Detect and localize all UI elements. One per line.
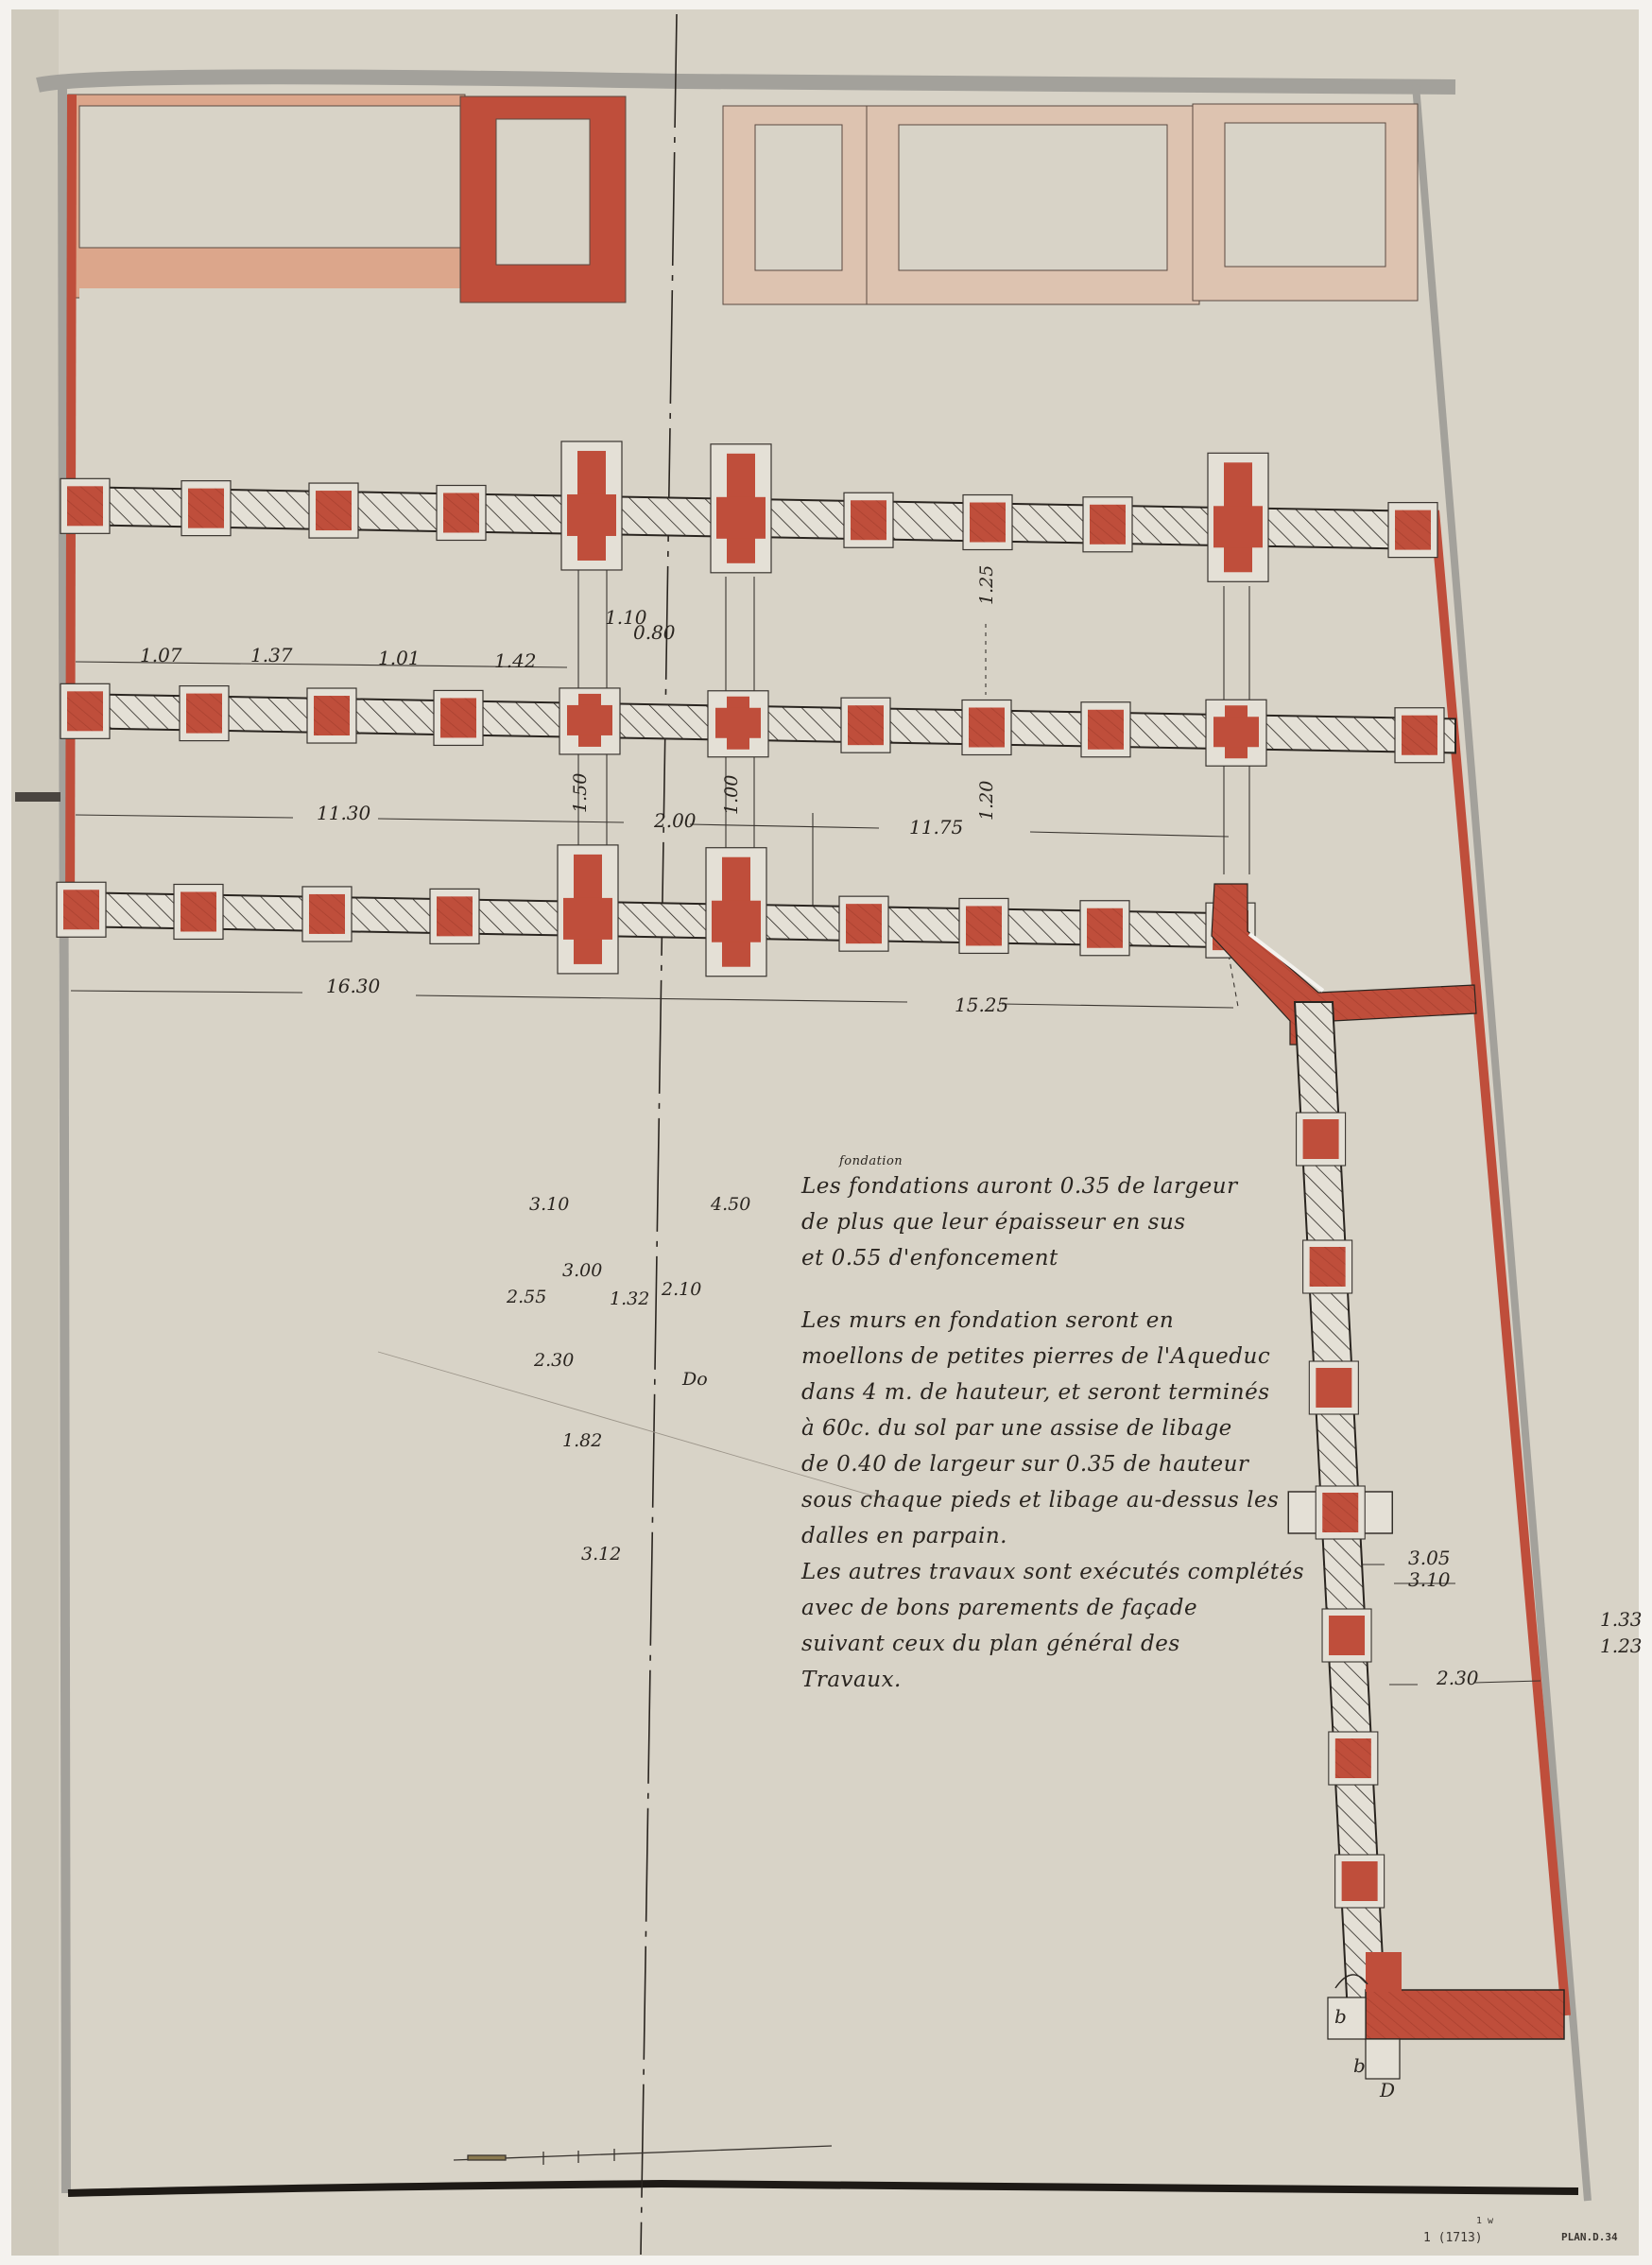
pier-square <box>959 898 1008 953</box>
letter-b: b <box>1334 2005 1347 2028</box>
note-line: et 0.55 d'enfoncement <box>801 1240 1246 1276</box>
room-top-right-3 <box>1193 104 1418 301</box>
note-line: à 60c. du sol par une assise de libage <box>801 1410 1246 1446</box>
pier-small-cross <box>1206 700 1266 766</box>
ann-d: 3.00 <box>562 1260 602 1281</box>
dim-mid-2: 11.75 <box>909 816 963 839</box>
pier-cross <box>561 441 622 570</box>
note-line: Les murs en fondation seront en <box>801 1303 1246 1339</box>
ann-h: Do <box>681 1369 708 1390</box>
dim-span-bottom-right: 15.25 <box>955 994 1008 1016</box>
corridor-pier <box>1335 1855 1385 1908</box>
dim-corridor-2: 3.10 <box>1408 1568 1451 1591</box>
dim-row2-c: 1.01 <box>378 647 421 669</box>
pier-square <box>1081 702 1130 757</box>
pier-square <box>841 698 890 752</box>
pier-square <box>1080 901 1129 956</box>
archive-stamp: PLAN.D.34 <box>1561 2231 1618 2243</box>
bottom-return-wall <box>1366 1990 1564 2039</box>
ann-f: 2.10 <box>661 1279 701 1300</box>
corridor-pier <box>1309 1361 1358 1414</box>
room-top-red <box>460 96 626 303</box>
pier-square <box>307 688 356 743</box>
note-line: dans 4 m. de hauteur, et seront terminés <box>801 1375 1246 1410</box>
handwritten-notes: fondation Les fondations auront 0.35 de … <box>801 1155 1246 1698</box>
pier-square <box>430 889 479 943</box>
note-line: Les autres travaux sont exécutés complét… <box>801 1554 1246 1590</box>
notes-block-2: Les murs en fondation seront enmoellons … <box>801 1303 1246 1698</box>
vlabel-4: 1.20 <box>976 781 997 821</box>
note-line: dalles en parpain. <box>801 1518 1246 1554</box>
corridor-pier <box>1329 1732 1378 1785</box>
corridor-pier <box>1322 1609 1371 1662</box>
pier-square <box>434 690 483 745</box>
note-line: suivant ceux du plan général des <box>801 1626 1246 1662</box>
dim-row2-d: 1.42 <box>494 649 537 672</box>
pier-square <box>60 683 110 738</box>
note-line: de plus que leur épaisseur en sus <box>801 1204 1246 1240</box>
note-line: moellons de petites pierres de l'Aqueduc <box>801 1339 1246 1375</box>
ann-g: 2.30 <box>533 1350 574 1371</box>
room-top-right-2 <box>867 106 1199 304</box>
pier-small-cross <box>708 691 768 757</box>
ann-b: 4.50 <box>710 1194 750 1215</box>
dim-row2-a: 1.07 <box>140 644 182 666</box>
ann-e: 1.32 <box>610 1288 649 1309</box>
corridor-pier <box>1297 1113 1346 1166</box>
pier-square <box>302 887 352 942</box>
dim-mid-1: 2.00 <box>653 809 697 832</box>
letter-d: D <box>1379 2079 1395 2101</box>
paper-left-shadow <box>11 9 59 2256</box>
corridor-pier <box>1303 1240 1352 1293</box>
archive-mark-sup: 1 w <box>1476 2216 1493 2226</box>
foundation-plan-sheet: 1.071.371.011.421.100.8011.302.0011.7516… <box>0 0 1652 2265</box>
ann-c: 2.55 <box>506 1287 546 1307</box>
top-rooms <box>68 95 1418 304</box>
note-line: Les fondations auront 0.35 de largeur <box>801 1168 1246 1204</box>
pier-cross <box>706 848 766 977</box>
dim-margin-1: 1.33 <box>1600 1608 1643 1631</box>
room-top-right-1 <box>723 106 874 304</box>
dim-span-left: 11.30 <box>317 802 371 824</box>
ann-a: 3.10 <box>529 1194 569 1215</box>
dim-between-2: 0.80 <box>633 621 676 644</box>
archive-mark: 1 (1713) <box>1423 2231 1483 2245</box>
pier-square <box>839 896 888 951</box>
pier-square <box>174 884 223 939</box>
pier-square <box>57 882 106 937</box>
pier-cross <box>558 845 618 974</box>
dim-row2-b: 1.37 <box>250 644 293 666</box>
pier-cross <box>1208 453 1268 581</box>
note-line: Travaux. <box>801 1662 1246 1698</box>
vlabel-1: 1.25 <box>976 565 997 605</box>
vlabel-2: 1.50 <box>570 773 591 813</box>
pier-square <box>60 478 110 533</box>
dim-margin-2: 1.23 <box>1600 1634 1643 1657</box>
pier-square <box>963 495 1012 550</box>
dim-corridor-1: 3.05 <box>1408 1547 1451 1569</box>
note-line: avec de bons parements de façade <box>801 1590 1246 1626</box>
note-line: sous chaque pieds et libage au-dessus le… <box>801 1482 1246 1518</box>
notes-superscript: fondation <box>839 1155 1246 1168</box>
pier-small-cross <box>559 688 620 754</box>
notes-block-1: Les fondations auront 0.35 de largeurde … <box>801 1168 1246 1276</box>
room-top-left-salmon <box>68 95 465 300</box>
dim-corridor-3: 2.30 <box>1436 1667 1479 1689</box>
pier-square <box>1395 708 1444 763</box>
pier-square <box>437 485 486 540</box>
paper-sheet <box>11 9 1639 2256</box>
pier-square <box>962 700 1011 754</box>
letter-b2: b <box>1353 2054 1366 2077</box>
pier-square <box>1388 503 1437 558</box>
dim-span-bottom-left: 16.30 <box>326 975 381 997</box>
pier-square <box>180 686 229 741</box>
vlabel-3: 1.00 <box>721 775 742 815</box>
pier-square <box>1083 497 1132 552</box>
ann-j: 3.12 <box>581 1544 621 1565</box>
pier-square <box>309 483 358 538</box>
ann-i: 1.82 <box>562 1430 602 1451</box>
pier-square <box>844 493 893 547</box>
corridor-pier <box>1288 1486 1392 1539</box>
pier-cross <box>711 444 771 573</box>
pier-square <box>181 481 231 536</box>
note-line: de 0.40 de largeur sur 0.35 de hauteur <box>801 1446 1246 1482</box>
left-edge-tab <box>15 792 60 802</box>
